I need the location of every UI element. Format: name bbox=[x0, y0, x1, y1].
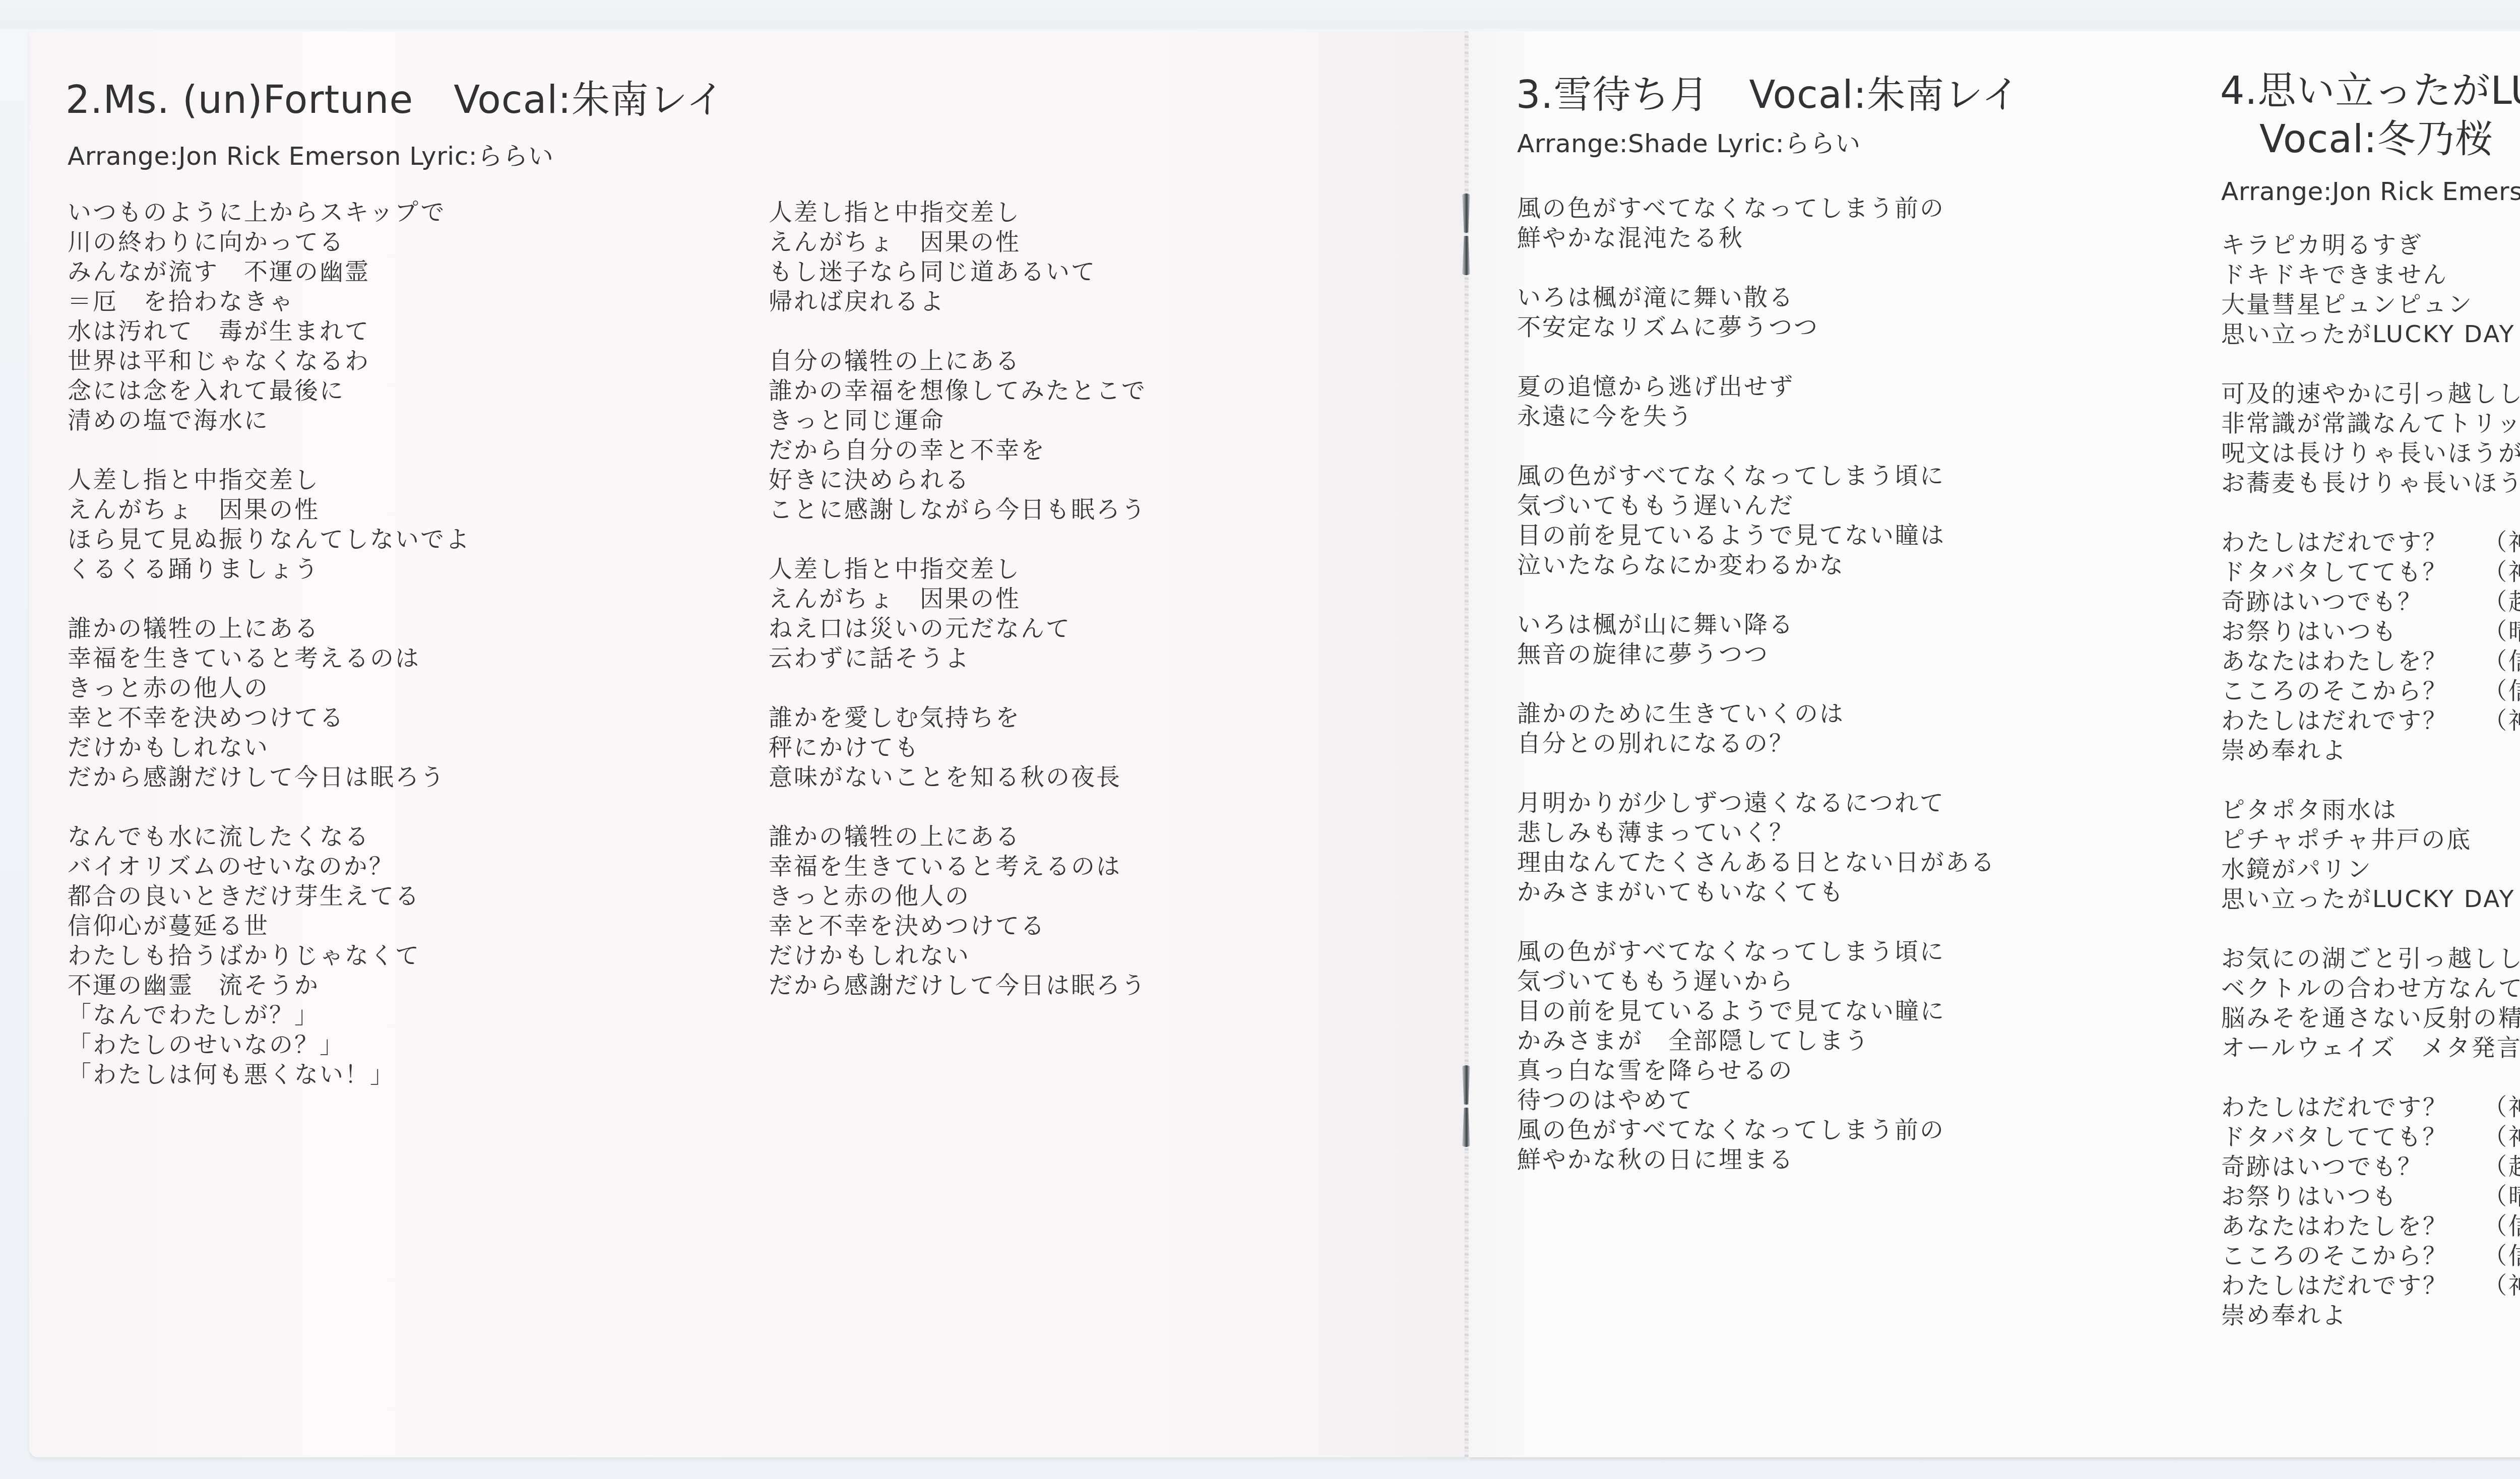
lyric-line: 「わたしは何も悪くない！」 bbox=[68, 1060, 471, 1089]
lyric-response: （晴れの日です） bbox=[2483, 1182, 2520, 1211]
lyric-call: わたしはだれです？ bbox=[2221, 706, 2483, 736]
lyric-line: 幸と不幸を決めつけてる bbox=[769, 911, 1147, 941]
lyric-line: 「なんでわたしが？」 bbox=[68, 1000, 471, 1030]
lyric-line: 可及的速やかに引っ越しします bbox=[2221, 379, 2520, 409]
lyric-stanza: 可及的速やかに引っ越しします非常識が常識なんてトリッキー呪文は長けりゃ長いほうが… bbox=[2221, 379, 2520, 498]
track2-title: 2.Ms. (un)Fortune bbox=[66, 77, 413, 122]
lyric-response: （神さまです） bbox=[2483, 557, 2520, 587]
lyric-line: ドキドキできません bbox=[2221, 260, 2520, 290]
lyric-line: 誰かの幸福を想像してみたとこで bbox=[769, 376, 1147, 406]
lyric-line: えんがちょ 因果の性 bbox=[769, 584, 1147, 614]
left-page: 2.Ms. (un)FortuneVocal:朱南レイ Arrange:Jon … bbox=[29, 31, 1467, 1457]
track4-lyrics: キラピカ明るすぎドキドキできません大量彗星ピュンピュン思い立ったがLUCKY D… bbox=[2221, 230, 2520, 1330]
lyric-stanza: 風の色がすべてなくなってしまう頃に気づいてももう遅いんだ目の前を見ているようで見… bbox=[1517, 461, 1996, 580]
lyric-line: だけかもしれない bbox=[68, 733, 471, 762]
lyric-line: 帰れば戻れるよ bbox=[769, 287, 1147, 316]
lyric-line: 目の前を見ているようで見てない瞳に bbox=[1517, 996, 1996, 1026]
lyric-response: （神さまです） bbox=[2483, 528, 2520, 557]
track4-vocal: Vocal:冬乃桜 bbox=[2259, 115, 2494, 163]
lyric-line: 目の前を見ているようで見てない瞳は bbox=[1517, 521, 1996, 550]
lyric-line: 川の終わりに向かってる bbox=[68, 227, 471, 257]
lyric-stanza: 月明かりが少しずつ遠くなるにつれて悲しみも薄まっていく？理由なんてたくさんある日… bbox=[1517, 788, 1996, 907]
lyric-call: 奇跡はいつでも？ bbox=[2221, 1152, 2483, 1182]
lyric-line: バイオリズムのせいなのか？ bbox=[68, 852, 471, 881]
lyric-line: だから感謝だけして今日は眠ろう bbox=[68, 762, 471, 792]
lyric-line: 誰かのために生きていくのは bbox=[1517, 699, 1996, 729]
lyric-line: みんなが流す 不運の幽霊 bbox=[68, 257, 471, 287]
lyric-response: （神さまです） bbox=[2483, 706, 2520, 736]
lyric-line: 呪文は長けりゃ長いほうがいいし bbox=[2221, 438, 2520, 468]
lyric-line: お気にの湖ごと引っ越しします bbox=[2221, 944, 2520, 974]
lyric-line: くるくる踊りましょう bbox=[68, 554, 471, 584]
lyric-stanza: 夏の追憶から逃げ出せず永遠に今を失う bbox=[1517, 372, 1996, 431]
lyric-line: 幸と不幸を決めつけてる bbox=[68, 703, 471, 733]
lyric-call: ドタバタしてても？ bbox=[2221, 557, 2483, 587]
lyric-line: 「わたしのせいなの？」 bbox=[68, 1030, 471, 1060]
lyric-line: 自分の犠牲の上にある bbox=[769, 346, 1147, 376]
lyric-stanza: 誰かのために生きていくのは自分との別れになるの？ bbox=[1517, 699, 1996, 758]
lyric-stanza: 自分の犠牲の上にある誰かの幸福を想像してみたとこできっと同じ運命だから自分の幸と… bbox=[769, 346, 1147, 525]
track2-heading: 2.Ms. (un)FortuneVocal:朱南レイ bbox=[66, 76, 725, 124]
lyric-line: こころのそこから？（信じてます） bbox=[2221, 1241, 2520, 1271]
lyric-call: ドタバタしてても？ bbox=[2221, 1122, 2483, 1152]
lyric-line: かみさまがいてもいなくても bbox=[1517, 877, 1996, 907]
track3-heading: 3.雪待ち月Vocal:朱南レイ bbox=[1516, 71, 2020, 119]
lyric-line: 誰かの犠牲の上にある bbox=[769, 822, 1147, 852]
lyric-response: （信じてます） bbox=[2483, 1241, 2520, 1271]
track2-lyrics-column-2: 人差し指と中指交差しえんがちょ 因果の性もし迷子なら同じ道あるいて帰れば戻れるよ… bbox=[769, 198, 1147, 1000]
lyric-line: 水は汚れて 毒が生まれて bbox=[68, 316, 471, 346]
track3-vocal: Vocal:朱南レイ bbox=[1749, 72, 2021, 117]
lyric-line: お蕎麦も長けりゃ長いほうがいいし bbox=[2221, 468, 2520, 498]
lyric-call: お祭りはいつも bbox=[2221, 617, 2483, 647]
lyric-line: 真っ白な雪を降らせるの bbox=[1517, 1056, 1996, 1085]
lyric-response: （神さまです） bbox=[2483, 1122, 2520, 1152]
lyric-stanza: なんでも水に流したくなるバイオリズムのせいなのか？都合の良いときだけ芽生えてる信… bbox=[68, 822, 471, 1089]
lyric-stanza: 風の色がすべてなくなってしまう頃に気づいてももう遅いから目の前を見ているようで見… bbox=[1517, 937, 1996, 1175]
lyric-line: 好きに決められる bbox=[769, 465, 1147, 495]
lyric-call: あなたはわたしを？ bbox=[2221, 1211, 2483, 1241]
cd-booklet-spread: 2.Ms. (un)FortuneVocal:朱南レイ Arrange:Jon … bbox=[29, 31, 2520, 1457]
lyric-line: 気づいてももう遅いから bbox=[1517, 967, 1996, 996]
lyric-line: いつものように上からスキップで bbox=[68, 198, 471, 227]
lyric-line: 無音の旋律に夢うつつ bbox=[1517, 639, 1996, 669]
lyric-line: 崇め奉れよ bbox=[2221, 1301, 2520, 1330]
lyric-line: 秤にかけても bbox=[769, 733, 1147, 762]
lyric-stanza: 人差し指と中指交差しえんがちょ 因果の性ほら見て見ぬ振りなんてしないでよくるくる… bbox=[68, 465, 471, 584]
lyric-line: 奇跡はいつでも？（起きています） bbox=[2221, 1152, 2520, 1182]
lyric-line: お祭りはいつも（晴れの日です） bbox=[2221, 617, 2520, 647]
lyric-line: 念には念を入れて最後に bbox=[68, 376, 471, 406]
lyric-line: えんがちょ 因果の性 bbox=[68, 495, 471, 525]
lyric-line: 月明かりが少しずつ遠くなるにつれて bbox=[1517, 788, 1996, 818]
lyric-call: お祭りはいつも bbox=[2221, 1182, 2483, 1211]
lyric-line: 風の色がすべてなくなってしまう前の bbox=[1517, 1115, 1996, 1145]
lyric-line: ピタポタ雨水は bbox=[2221, 795, 2520, 825]
lyric-line: いろは楓が山に舞い降る bbox=[1517, 610, 1996, 639]
lyric-line: 風の色がすべてなくなってしまう前の bbox=[1517, 194, 1996, 223]
lyric-line: 風の色がすべてなくなってしまう頃に bbox=[1517, 461, 1996, 491]
track3-credit: Arrange:Shade Lyric:ららい bbox=[1517, 126, 1861, 161]
lyric-line: なんでも水に流したくなる bbox=[68, 822, 471, 852]
lyric-call: こころのそこから？ bbox=[2221, 1241, 2483, 1271]
lyric-line: わたしはだれです？（神さまです） bbox=[2221, 1092, 2520, 1122]
lyric-line: 非常識が常識なんてトリッキー bbox=[2221, 409, 2520, 438]
track2-lyrics-column-1: いつものように上からスキップで川の終わりに向かってるみんなが流す 不運の幽霊＝厄… bbox=[68, 198, 471, 1089]
lyric-line: 泣いたならなにか変わるかな bbox=[1517, 550, 1996, 580]
lyric-line: あなたはわたしを？（信じてます） bbox=[2221, 647, 2520, 676]
lyric-line: 世界は平和じゃなくなるわ bbox=[68, 346, 471, 376]
lyric-call: こころのそこから？ bbox=[2221, 676, 2483, 706]
lyric-line: 幸福を生きていると考えるのは bbox=[769, 852, 1147, 881]
lyric-line: わたしはだれです？（神さまです） bbox=[2221, 706, 2520, 736]
lyric-response: （信じてます） bbox=[2483, 676, 2520, 706]
right-page: 3.雪待ち月Vocal:朱南レイ Arrange:Shade Lyric:ららい… bbox=[1467, 31, 2520, 1457]
lyric-line: 脳みそを通さない反射の精神 bbox=[2221, 1003, 2520, 1033]
lyric-line: ドタバタしてても？（神さまです） bbox=[2221, 557, 2520, 587]
lyric-line: ピチャポチャ井戸の底 bbox=[2221, 825, 2520, 855]
lyric-line: いろは楓が滝に舞い散る bbox=[1517, 283, 1996, 312]
lyric-line: 気づいてももう遅いんだ bbox=[1517, 491, 1996, 521]
lyric-stanza: いろは楓が滝に舞い散る不安定なリズムに夢うつつ bbox=[1517, 283, 1996, 342]
lyric-line: ＝厄 を拾わなきゃ bbox=[68, 287, 471, 316]
lyric-line: オールウェイズ メタ発言ただの偶然 bbox=[2221, 1033, 2520, 1063]
lyric-line: 大量彗星ピュンピュン bbox=[2221, 290, 2520, 319]
lyric-stanza: 風の色がすべてなくなってしまう前の鮮やかな混沌たる秋 bbox=[1517, 194, 1996, 253]
lyric-line: 意味がないことを知る秋の夜長 bbox=[769, 762, 1147, 792]
lyric-line: 理由なんてたくさんある日とない日がある bbox=[1517, 848, 1996, 877]
lyric-line: 思い立ったがLUCKY DAY bbox=[2221, 884, 2520, 914]
track2-vocal: Vocal:朱南レイ bbox=[454, 77, 725, 122]
lyric-line: キラピカ明るすぎ bbox=[2221, 230, 2520, 260]
lyric-stanza: いろは楓が山に舞い降る無音の旋律に夢うつつ bbox=[1517, 610, 1996, 669]
lyric-stanza: ピタポタ雨水はピチャポチャ井戸の底水鏡がパリン思い立ったがLUCKY DAY bbox=[2221, 795, 2520, 914]
track2-credit: Arrange:Jon Rick Emerson Lyric:ららい bbox=[68, 139, 554, 174]
lyric-call: 崇め奉れよ bbox=[2221, 1301, 2483, 1330]
lyric-line: 永遠に今を失う bbox=[1517, 402, 1996, 431]
lyric-response: （神さまです） bbox=[2483, 1092, 2520, 1122]
track4-credit: Arrange:Jon Rick Emerson Lyric:ららい bbox=[2221, 174, 2520, 209]
lyric-line: 鮮やかな秋の日に埋まる bbox=[1517, 1145, 1996, 1175]
lyric-line: 自分との別れになるの？ bbox=[1517, 729, 1996, 758]
lyric-chorus: わたしはだれです？（神さまです）ドタバタしてても？（神さまです）奇跡はいつでも？… bbox=[2221, 1092, 2520, 1330]
lyric-call: 奇跡はいつでも？ bbox=[2221, 587, 2483, 617]
lyric-line: あなたはわたしを？（信じてます） bbox=[2221, 1211, 2520, 1241]
lyric-line: こころのそこから？（信じてます） bbox=[2221, 676, 2520, 706]
lyric-line: わたしはだれです？（神さまです） bbox=[2221, 528, 2520, 557]
lyric-line: わたしはだれです？（神さまです） bbox=[2221, 1271, 2520, 1301]
lyric-line: 悲しみも薄まっていく？ bbox=[1517, 818, 1996, 848]
lyric-call: わたしはだれです？ bbox=[2221, 1092, 2483, 1122]
lyric-line: だから感謝だけして今日は眠ろう bbox=[769, 971, 1147, 1000]
lyric-line: ベクトルの合わせ方なんてミステリー bbox=[2221, 974, 2520, 1003]
lyric-line: ドタバタしてても？（神さまです） bbox=[2221, 1122, 2520, 1152]
lyric-line: 待つのはやめて bbox=[1517, 1085, 1996, 1115]
lyric-line: 人差し指と中指交差し bbox=[769, 554, 1147, 584]
staple-bottom-icon bbox=[1459, 1065, 1474, 1148]
lyric-line: 誰かを愛しむ気持ちを bbox=[769, 703, 1147, 733]
lyric-line: 崇め奉れよ bbox=[2221, 736, 2520, 765]
lyric-line: かみさまが 全部隠してしまう bbox=[1517, 1026, 1996, 1056]
lyric-line: 不運の幽霊 流そうか bbox=[68, 971, 471, 1000]
lyric-line: もし迷子なら同じ道あるいて bbox=[769, 257, 1147, 287]
lyric-line: 人差し指と中指交差し bbox=[68, 465, 471, 495]
lyric-stanza: 人差し指と中指交差しえんがちょ 因果の性ねえ口は災いの元だなんて云わずに話そうよ bbox=[769, 554, 1147, 673]
lyric-response: （信じてます） bbox=[2483, 1211, 2520, 1241]
lyric-line: 誰かの犠牲の上にある bbox=[68, 614, 471, 644]
lyric-stanza: 人差し指と中指交差しえんがちょ 因果の性もし迷子なら同じ道あるいて帰れば戻れるよ bbox=[769, 198, 1147, 316]
lyric-call: わたしはだれです？ bbox=[2221, 528, 2483, 557]
lyric-line: お祭りはいつも（晴れの日です） bbox=[2221, 1182, 2520, 1211]
lyric-call: あなたはわたしを？ bbox=[2221, 647, 2483, 676]
track4-title: 4.思い立ったがLUCKY DAY bbox=[2220, 67, 2520, 115]
lyric-stanza: 誰かを愛しむ気持ちを秤にかけても意味がないことを知る秋の夜長 bbox=[769, 703, 1147, 792]
lyric-response: （神さまです） bbox=[2483, 1271, 2520, 1301]
lyric-line: きっと赤の他人の bbox=[769, 881, 1147, 911]
lyric-line: 都合の良いときだけ芽生えてる bbox=[68, 881, 471, 911]
staple-top-icon bbox=[1459, 194, 1474, 277]
lyric-stanza: 誰かの犠牲の上にある幸福を生きていると考えるのはきっと赤の他人の幸と不幸を決めつ… bbox=[68, 614, 471, 792]
lyric-line: だから自分の幸と不幸を bbox=[769, 435, 1147, 465]
lyric-line: ことに感謝しながら今日も眠ろう bbox=[769, 495, 1147, 525]
lyric-stanza: いつものように上からスキップで川の終わりに向かってるみんなが流す 不運の幽霊＝厄… bbox=[68, 198, 471, 435]
lyric-response: （起きています） bbox=[2483, 587, 2520, 617]
lyric-chorus: わたしはだれです？（神さまです）ドタバタしてても？（神さまです）奇跡はいつでも？… bbox=[2221, 528, 2520, 765]
lyric-line: 水鏡がパリン bbox=[2221, 855, 2520, 884]
lyric-line: 信仰心が蔓延る世 bbox=[68, 911, 471, 941]
lyric-line: 鮮やかな混沌たる秋 bbox=[1517, 223, 1996, 253]
lyric-line: わたしも拾うばかりじゃなくて bbox=[68, 941, 471, 971]
lyric-line: ほら見て見ぬ振りなんてしないでよ bbox=[68, 525, 471, 554]
lyric-line: 云わずに話そうよ bbox=[769, 644, 1147, 673]
lyric-line: 思い立ったがLUCKY DAY bbox=[2221, 319, 2520, 349]
lyric-call: わたしはだれです？ bbox=[2221, 1271, 2483, 1301]
lyric-line: ねえ口は災いの元だなんて bbox=[769, 614, 1147, 644]
lyric-stanza: 誰かの犠牲の上にある幸福を生きていると考えるのはきっと赤の他人の幸と不幸を決めつ… bbox=[769, 822, 1147, 1000]
lyric-line: だけかもしれない bbox=[769, 941, 1147, 971]
track3-title: 3.雪待ち月 bbox=[1516, 72, 1709, 117]
lyric-line: 幸福を生きていると考えるのは bbox=[68, 644, 471, 673]
lyric-line: きっと同じ運命 bbox=[769, 406, 1147, 435]
lyric-response: （信じてます） bbox=[2483, 647, 2520, 676]
lyric-response: （起きています） bbox=[2483, 1152, 2520, 1182]
track3-lyrics: 風の色がすべてなくなってしまう前の鮮やかな混沌たる秋いろは楓が滝に舞い散る不安定… bbox=[1517, 194, 1996, 1175]
lyric-line: 人差し指と中指交差し bbox=[769, 198, 1147, 227]
lyric-line: 清めの塩で海水に bbox=[68, 406, 471, 435]
lyric-line: きっと赤の他人の bbox=[68, 673, 471, 703]
lyric-line: 風の色がすべてなくなってしまう頃に bbox=[1517, 937, 1996, 967]
lyric-stanza: お気にの湖ごと引っ越ししますベクトルの合わせ方なんてミステリー脳みそを通さない反… bbox=[2221, 944, 2520, 1063]
lyric-line: 夏の追憶から逃げ出せず bbox=[1517, 372, 1996, 402]
lyric-line: 不安定なリズムに夢うつつ bbox=[1517, 312, 1996, 342]
lyric-response: （晴れの日です） bbox=[2483, 617, 2520, 647]
lyric-line: 奇跡はいつでも？（起きています） bbox=[2221, 587, 2520, 617]
lyric-stanza: キラピカ明るすぎドキドキできません大量彗星ピュンピュン思い立ったがLUCKY D… bbox=[2221, 230, 2520, 349]
lyric-line: えんがちょ 因果の性 bbox=[769, 227, 1147, 257]
lyric-call: 崇め奉れよ bbox=[2221, 736, 2483, 765]
